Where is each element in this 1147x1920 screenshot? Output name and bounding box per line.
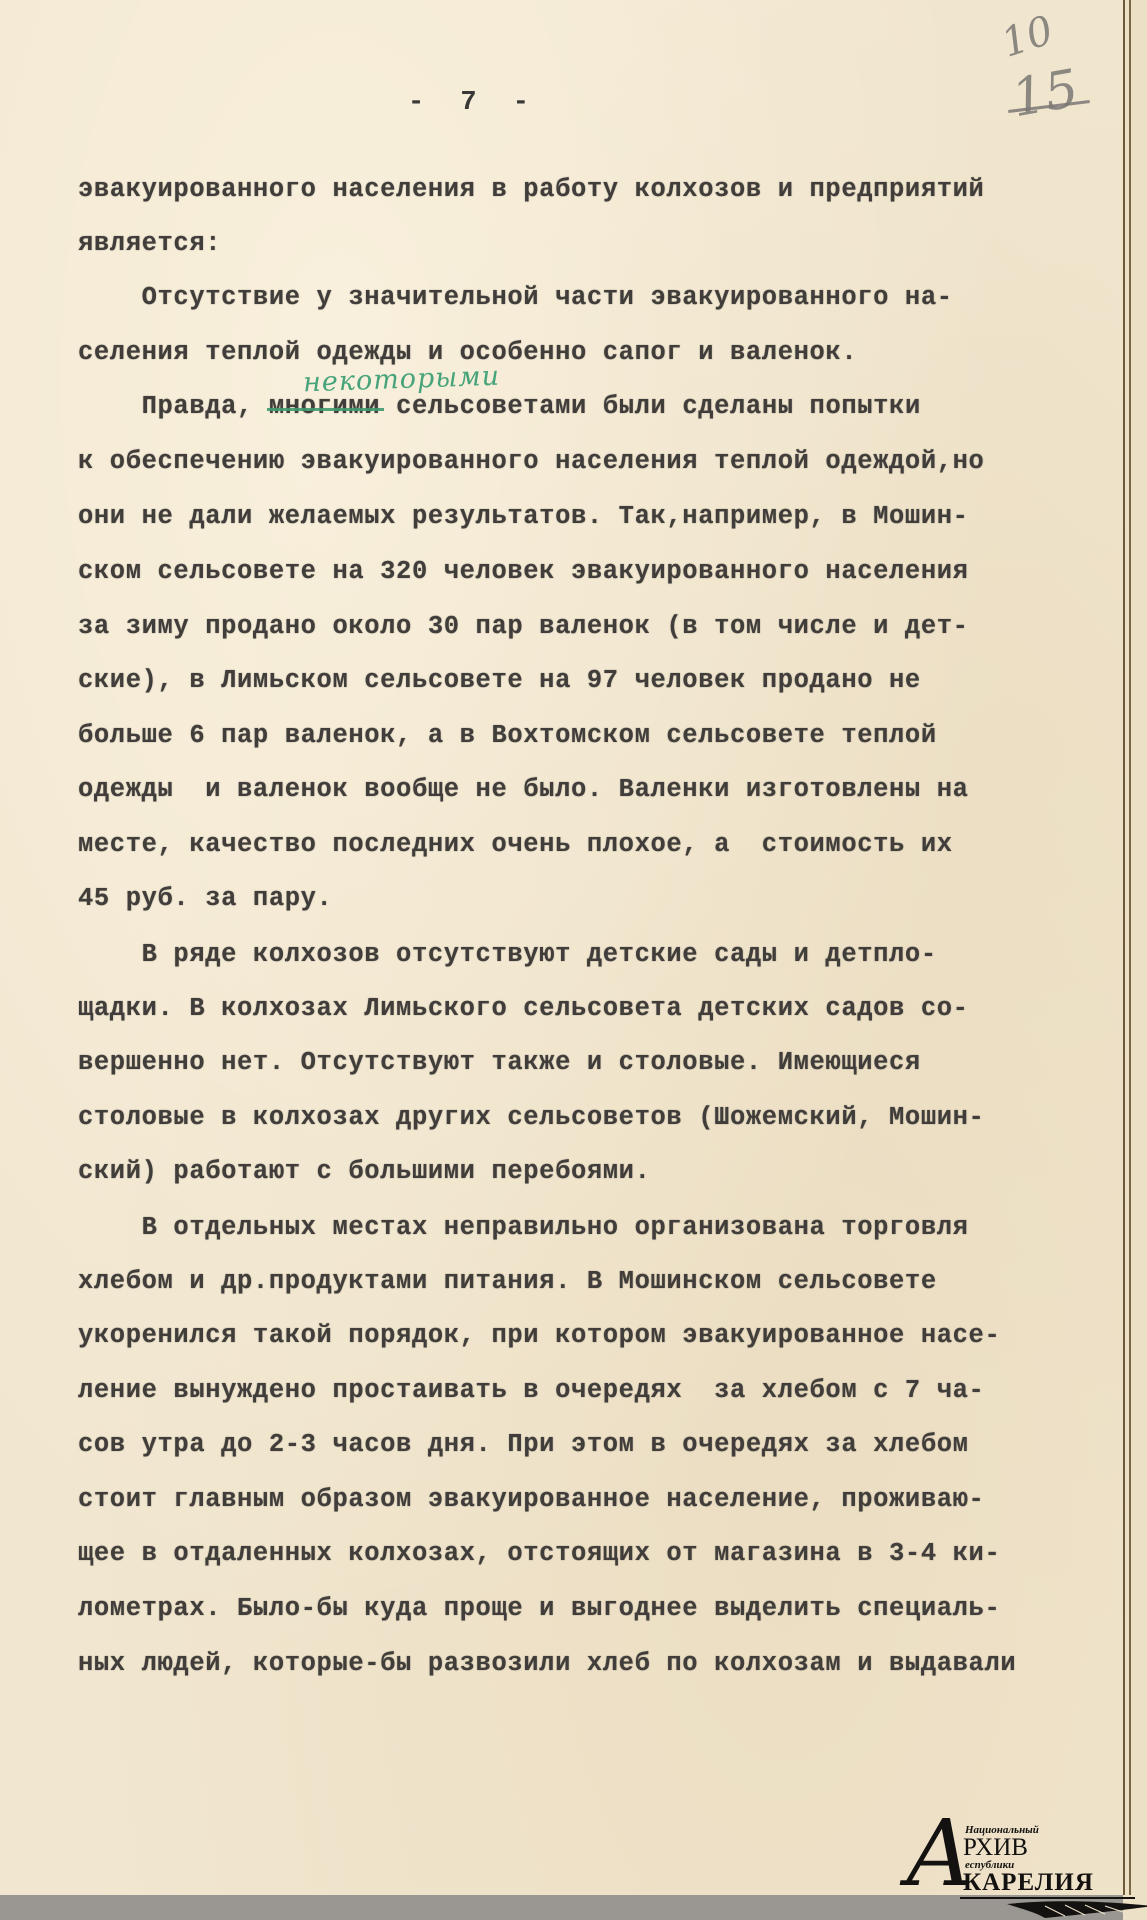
text-line: Отсутствие у значительной части эвакуиро…: [78, 283, 953, 313]
text-line: ский) работают с большими перебоями.: [78, 1157, 651, 1187]
folio-number-crossed-out: 15: [1007, 59, 1083, 130]
text-line: ском сельсовете на 320 человек эвакуиров…: [78, 557, 969, 587]
logo-text: КАРЕЛИЯ: [963, 1870, 1094, 1895]
text-line: ных людей, которые-бы развозили хлеб по …: [78, 1649, 1016, 1679]
text-line: лометрах. Было-бы куда проще и выгоднее …: [78, 1594, 1000, 1624]
text-line: вершенно нет. Отсутствуют также и столов…: [78, 1048, 921, 1078]
text-line: месте, качество последних очень плохое, …: [78, 830, 953, 860]
text-line: сов утра до 2-3 часов дня. При этом в оч…: [78, 1430, 969, 1460]
text-line: к обеспечению эвакуированного населения …: [78, 447, 984, 477]
text-line: больше 6 пар валенок, а в Вохтомском сел…: [78, 721, 937, 751]
text-line: стоит главным образом эвакуированное нас…: [78, 1485, 984, 1515]
struck-word: многими: [269, 392, 380, 421]
text-segment: сельсоветами были сделаны попытки: [380, 392, 921, 421]
page-edge-strip: [1123, 0, 1147, 1920]
text-line: щее в отдаленных колхозах, отстоящих от …: [78, 1539, 1000, 1569]
quill-pen-icon: [1005, 1898, 1147, 1920]
text-line: ские), в Лимьском сельсовете на 97 челов…: [78, 666, 921, 696]
text-line: укоренился такой порядок, при котором эв…: [78, 1321, 1000, 1351]
text-line: В отдельных местах неправильно организов…: [78, 1213, 969, 1243]
text-line: эвакуированного населения в работу колхо…: [78, 175, 984, 205]
text-line: В ряде колхозов отсутствуют детские сады…: [78, 940, 937, 970]
logo-text: РХИВ: [963, 1835, 1028, 1860]
text-line: они не дали желаемых результатов. Так,на…: [78, 502, 969, 532]
text-line: селения теплой одежды и особенно сапог и…: [78, 338, 857, 368]
text-line: хлебом и др.продуктами питания. В Мошинс…: [78, 1267, 937, 1297]
archive-logo-watermark: А Национальный РХИВ еспублики КАРЕЛИЯ: [905, 1820, 1145, 1920]
text-line: одежды и валенок вообще не было. Валенки…: [78, 775, 969, 805]
text-line: является:: [78, 229, 221, 259]
text-line-with-correction: Правда, многими сельсоветами были сделан…: [78, 392, 921, 422]
text-line: столовые в колхозах других сельсоветов (…: [78, 1103, 984, 1133]
text-line: 45 руб. за пару.: [78, 884, 332, 914]
text-line: ление вынуждено простаивать в очередях з…: [78, 1376, 984, 1406]
text-segment: Правда,: [78, 392, 269, 421]
page-edge-line: [1123, 0, 1125, 1895]
page-number: - 7 -: [408, 88, 539, 118]
text-line: щадки. В колхозах Лимьского сельсовета д…: [78, 994, 969, 1024]
text-line: за зиму продано около 30 пар валенок (в …: [78, 612, 969, 642]
page-edge-line: [1129, 0, 1131, 1895]
